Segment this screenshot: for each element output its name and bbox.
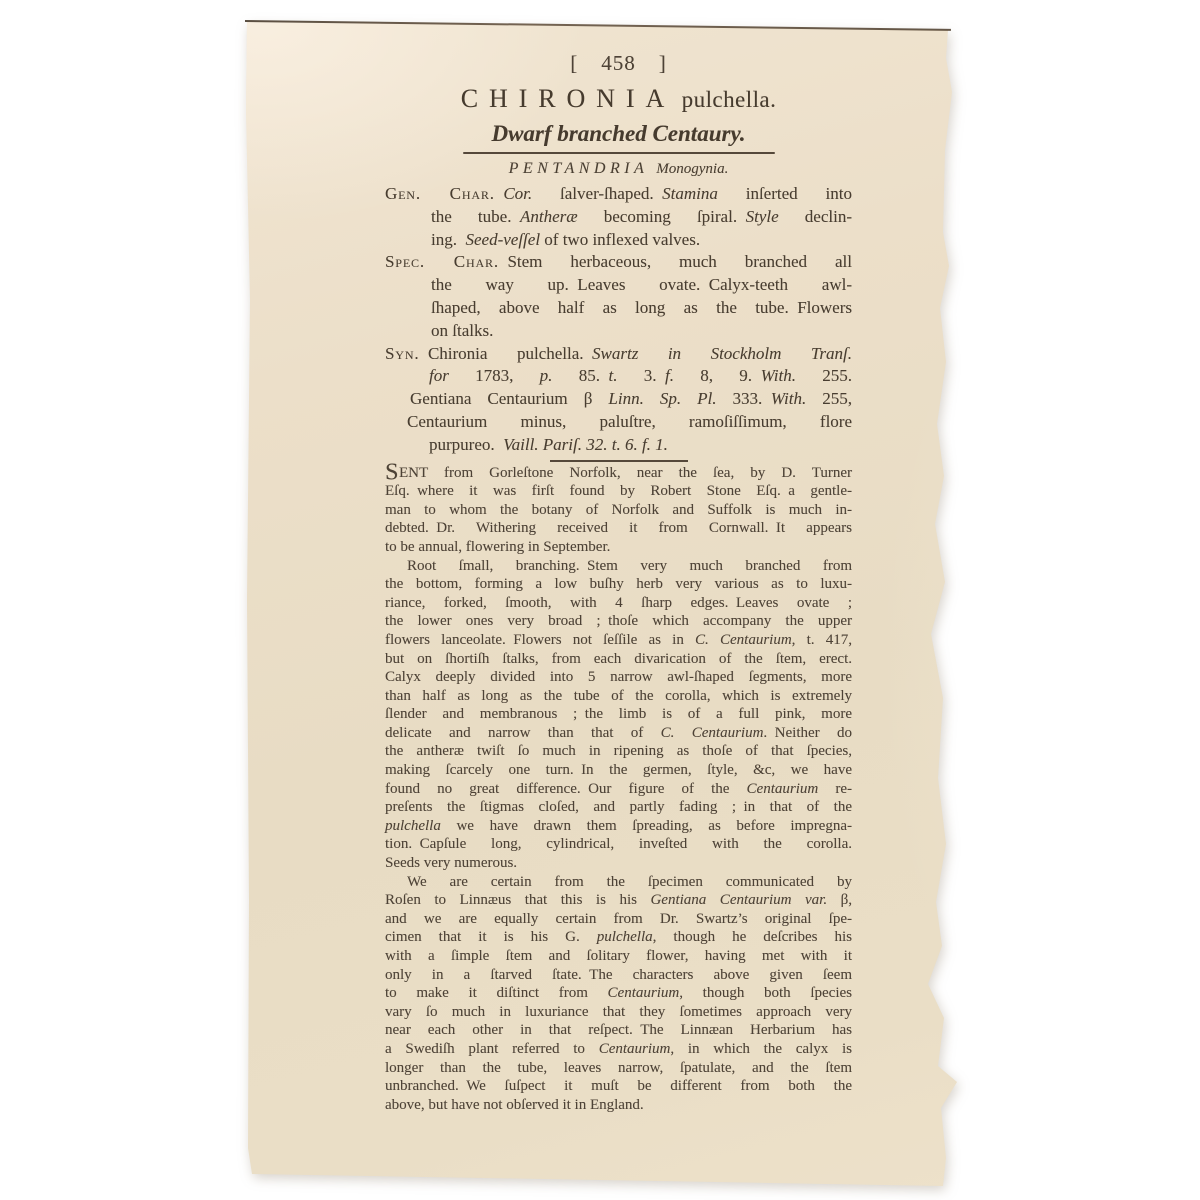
text-line: the lower ones very broad ; thoſe which … — [385, 612, 852, 631]
text-segment: longer than the tube, leaves narrow, ſpa… — [385, 1060, 852, 1076]
text-line: Centaurium minus, paluſtre, ramoſiſſimum… — [385, 411, 852, 434]
text-line: We are certain from the ſpecimen communi… — [385, 873, 852, 892]
text-line: longer than the tube, leaves narrow, ſpa… — [385, 1059, 852, 1078]
text-line: Spec. Char. Stem herbaceous, much branch… — [385, 251, 852, 274]
scan-background: [ 458 ] CHIRONIA pulchella. Dwarf branch… — [0, 0, 1200, 1200]
text-segment: near each other in that reſpect. The Lin… — [385, 1022, 852, 1038]
text-line: ſlender and membranous ; the limb is of … — [385, 705, 852, 724]
text-segment: the bottom, forming a low buſhy herb ver… — [385, 576, 852, 592]
text-segment: Antheræ — [520, 207, 578, 226]
text-segment: With. — [771, 389, 806, 408]
section-label: Spec. Char. — [385, 252, 499, 271]
text-segment: ſalver-ſhaped. — [532, 184, 662, 203]
page-number: [ 458 ] — [385, 50, 852, 76]
text-line: Gentiana Centaurium β Linn. Sp. Pl. 333.… — [385, 388, 852, 411]
text-segment: f. — [665, 366, 674, 385]
body-paragraph-1: SENT from Gorleſtone Norfolk, near the ſ… — [385, 464, 852, 557]
text-line: to make it diſtinct from Centaurium, tho… — [385, 984, 852, 1003]
syn-entry: Syn. Chironia pulchella. Swartz in Stock… — [385, 343, 852, 457]
text-segment: found no great difference. Our figure of… — [385, 781, 747, 797]
text-line: preſents the ſtigmas cloſed, and partly … — [385, 798, 852, 817]
text-segment: Vaill. Pariſ. 32. t. 6. f. 1. — [503, 435, 668, 454]
text-line: the bottom, forming a low buſhy herb ver… — [385, 575, 852, 594]
text-segment: β, — [827, 892, 852, 908]
section-divider — [550, 460, 688, 462]
text-segment: unbranched. We ſuſpect it muſt be differ… — [385, 1078, 852, 1094]
text-column: [ 458 ] CHIRONIA pulchella. Dwarf branch… — [385, 50, 852, 1114]
text-segment: 8, 9. — [674, 366, 761, 385]
book-page: [ 458 ] CHIRONIA pulchella. Dwarf branch… — [0, 0, 1200, 1200]
text-segment: 3. — [617, 366, 665, 385]
text-segment: , though he deſcribes his — [653, 929, 852, 945]
text-line: tion. Capſule long, cylindrical, inveſte… — [385, 835, 852, 854]
text-segment: With. — [761, 366, 796, 385]
text-segment: the antheræ twiſt ſo much in ripening as… — [385, 743, 852, 759]
text-line: found no great difference. Our figure of… — [385, 780, 852, 799]
text-segment: Stem herbaceous, much branched all — [499, 252, 852, 271]
text-line: near each other in that reſpect. The Lin… — [385, 1021, 852, 1040]
text-segment: ENT from Gorleſtone Norfolk, near the ſe… — [399, 465, 852, 481]
text-segment: flowers lanceolate. Flowers not ſeſſile … — [385, 632, 695, 648]
text-line: pulchella we have drawn them ſpreading, … — [385, 817, 852, 836]
section-label: Syn. — [385, 344, 419, 363]
text-segment: we have drawn them ſpreading, as before … — [441, 818, 852, 834]
text-line: ſhaped, above half as long as the tube. … — [385, 297, 852, 320]
text-segment: inſerted into — [718, 184, 852, 203]
text-segment: of two inflexed valves. — [540, 230, 700, 249]
text-segment: Swartz in Stockholm Tranſ. — [592, 344, 852, 363]
text-segment: for — [429, 366, 449, 385]
text-segment: ſlender and membranous ; the limb is of … — [385, 706, 852, 722]
text-segment: man to whom the botany of Norfolk and Su… — [385, 502, 852, 518]
text-segment: delicate and narrow than that of — [385, 725, 661, 741]
text-line: Eſq. where it was firſt found by Robert … — [385, 482, 852, 501]
text-segment: the way up. Leaves ovate. Calyx-teeth aw… — [431, 275, 852, 294]
common-name: Dwarf branched Centaury. — [385, 119, 852, 149]
text-line: SENT from Gorleſtone Norfolk, near the ſ… — [385, 464, 852, 483]
text-segment: becoming ſpiral. — [578, 207, 746, 226]
text-segment: Chironia pulchella. — [419, 344, 592, 363]
text-segment: to be annual, flowering in September. — [385, 539, 610, 555]
text-segment: We are certain from the ſpecimen communi… — [407, 874, 852, 890]
text-segment: the lower ones very broad ; thoſe which … — [385, 613, 852, 629]
text-segment: Centaurium — [747, 781, 819, 797]
text-line: Calyx deeply divided into 5 narrow awl-ſ… — [385, 668, 852, 687]
text-segment: tion. Capſule long, cylindrical, inveſte… — [385, 836, 852, 852]
text-segment: , in which the calyx is — [670, 1041, 852, 1057]
text-line: the tube. Antheræ becoming ſpiral. Style… — [385, 206, 852, 229]
text-line: with a ſimple ſtem and ſolitary flower, … — [385, 947, 852, 966]
text-line: making ſcarcely one turn. In the germen,… — [385, 761, 852, 780]
initial-letter: S — [385, 458, 399, 485]
ordo-name: Monogynia. — [656, 161, 728, 177]
text-segment: Centaurium — [608, 985, 680, 1001]
text-segment: Gentiana Centaurium var. — [650, 892, 827, 908]
text-segment: Calyx deeply divided into 5 narrow awl-ſ… — [385, 669, 852, 685]
text-segment: Eſq. where it was firſt found by Robert … — [385, 483, 852, 499]
text-segment: to make it diſtinct from — [385, 985, 608, 1001]
text-segment: Style — [746, 207, 779, 226]
text-line: unbranched. We ſuſpect it muſt be differ… — [385, 1077, 852, 1096]
text-segment: 255. — [796, 366, 852, 385]
text-segment: a Swediſh plant referred to — [385, 1041, 599, 1057]
genus-name: CHIRONIA — [461, 84, 675, 113]
text-line: cimen that it is his G. pulchella, thoug… — [385, 928, 852, 947]
text-segment: pulchella — [597, 929, 653, 945]
spec-char-entry: Spec. Char. Stem herbaceous, much branch… — [385, 251, 852, 342]
text-line: but on ſhortiſh ſtalks, from each divari… — [385, 650, 852, 669]
body-paragraph-2: Root ſmall, branching. Stem very much br… — [385, 557, 852, 873]
text-segment: , though both ſpecies — [679, 985, 852, 1001]
text-segment: declin- — [779, 207, 852, 226]
text-segment: , t. 417, — [792, 632, 852, 648]
text-line: only in a ſtarved ſtate. The characters … — [385, 966, 852, 985]
text-segment: 85. — [552, 366, 608, 385]
text-line: a Swediſh plant referred to Centaurium, … — [385, 1040, 852, 1059]
text-segment: with a ſimple ſtem and ſolitary flower, … — [385, 948, 852, 964]
text-segment: only in a ſtarved ſtate. The characters … — [385, 967, 852, 983]
text-segment: ſhaped, above half as long as the tube. … — [431, 298, 852, 317]
text-line: Roſen to Linnæus that this is his Gentia… — [385, 891, 852, 910]
text-segment: pulchella — [385, 818, 441, 834]
text-line: the way up. Leaves ovate. Calyx-teeth aw… — [385, 274, 852, 297]
text-segment: 333. — [717, 389, 771, 408]
text-line: than half as long as the tube of the cor… — [385, 687, 852, 706]
species-epithet: pulchella. — [682, 87, 777, 112]
text-segment: C. Centaurium — [661, 725, 764, 741]
text-segment: and we are equally certain from Dr. Swar… — [385, 911, 852, 927]
text-segment: on ſtalks. — [431, 321, 493, 340]
text-line: debted. Dr. Withering received it from C… — [385, 519, 852, 538]
text-segment: Centaurium — [599, 1041, 671, 1057]
text-line: and we are equally certain from Dr. Swar… — [385, 910, 852, 929]
text-segment: cimen that it is his G. — [385, 929, 597, 945]
text-segment: 255, — [806, 389, 852, 408]
text-line: for 1783, p. 85. t. 3. f. 8, 9. With. 25… — [385, 365, 852, 388]
text-line: on ſtalks. — [385, 320, 852, 343]
text-line: man to whom the botany of Norfolk and Su… — [385, 501, 852, 520]
text-segment: Seeds very numerous. — [385, 855, 517, 871]
text-segment: the tube. — [431, 207, 520, 226]
text-segment: re- — [818, 781, 852, 797]
classification-line: PENTANDRIAMonogynia. — [385, 158, 852, 180]
text-segment: ing. — [431, 230, 465, 249]
text-segment: purpureo. — [429, 435, 503, 454]
section-label: Gen. Char. — [385, 184, 495, 203]
text-segment: Gentiana Centaurium β — [410, 389, 608, 408]
title-rule — [463, 152, 775, 154]
text-line: the antheræ twiſt ſo much in ripening as… — [385, 742, 852, 761]
text-segment: than half as long as the tube of the cor… — [385, 688, 852, 704]
text-segment: Root ſmall, branching. Stem very much br… — [407, 558, 852, 574]
text-line: Seeds very numerous. — [385, 854, 852, 873]
text-segment: vary ſo much in luxuriance that they ſom… — [385, 1004, 852, 1020]
text-line: delicate and narrow than that of C. Cent… — [385, 724, 852, 743]
text-line: purpureo. Vaill. Pariſ. 32. t. 6. f. 1. — [385, 434, 852, 457]
text-segment: above, but have not obſerved it in Engla… — [385, 1097, 644, 1113]
text-segment: Centaurium minus, paluſtre, ramoſiſſimum… — [407, 412, 852, 431]
text-line: riance, forked, ſmooth, with 4 ſharp edg… — [385, 594, 852, 613]
text-segment: p. — [540, 366, 553, 385]
text-segment: . Neither do — [763, 725, 852, 741]
gen-char-entry: Gen. Char. Cor. ſalver-ſhaped. Stamina i… — [385, 183, 852, 251]
text-line: vary ſo much in luxuriance that they ſom… — [385, 1003, 852, 1022]
text-segment: Stamina — [662, 184, 718, 203]
page-shadow-wrap: [ 458 ] CHIRONIA pulchella. Dwarf branch… — [0, 0, 1200, 1200]
content-blocks: Gen. Char. Cor. ſalver-ſhaped. Stamina i… — [385, 183, 852, 1114]
text-segment: debted. Dr. Withering received it from C… — [385, 520, 852, 536]
text-segment: Cor. — [503, 184, 532, 203]
text-line: Gen. Char. Cor. ſalver-ſhaped. Stamina i… — [385, 183, 852, 206]
body-paragraph-3: We are certain from the ſpecimen communi… — [385, 873, 852, 1115]
text-segment: Seed-veſſel — [465, 230, 540, 249]
plant-title: CHIRONIA pulchella. — [385, 82, 852, 117]
text-segment: 1783, — [449, 366, 540, 385]
text-segment: Linn. Sp. Pl. — [608, 389, 716, 408]
text-line: Root ſmall, branching. Stem very much br… — [385, 557, 852, 576]
text-line: Syn. Chironia pulchella. Swartz in Stock… — [385, 343, 852, 366]
text-line: to be annual, flowering in September. — [385, 538, 852, 557]
text-segment: making ſcarcely one turn. In the germen,… — [385, 762, 852, 778]
text-line: above, but have not obſerved it in Engla… — [385, 1096, 852, 1115]
classis-name: PENTANDRIA — [509, 160, 649, 177]
text-segment: riance, forked, ſmooth, with 4 ſharp edg… — [385, 595, 852, 611]
text-segment: C. Centaurium — [695, 632, 792, 648]
text-segment: preſents the ſtigmas cloſed, and partly … — [385, 799, 852, 815]
text-line: flowers lanceolate. Flowers not ſeſſile … — [385, 631, 852, 650]
text-segment: but on ſhortiſh ſtalks, from each divari… — [385, 651, 852, 667]
text-segment: Roſen to Linnæus that this is his — [385, 892, 650, 908]
text-line: ing. Seed-veſſel of two inflexed valves. — [385, 229, 852, 252]
